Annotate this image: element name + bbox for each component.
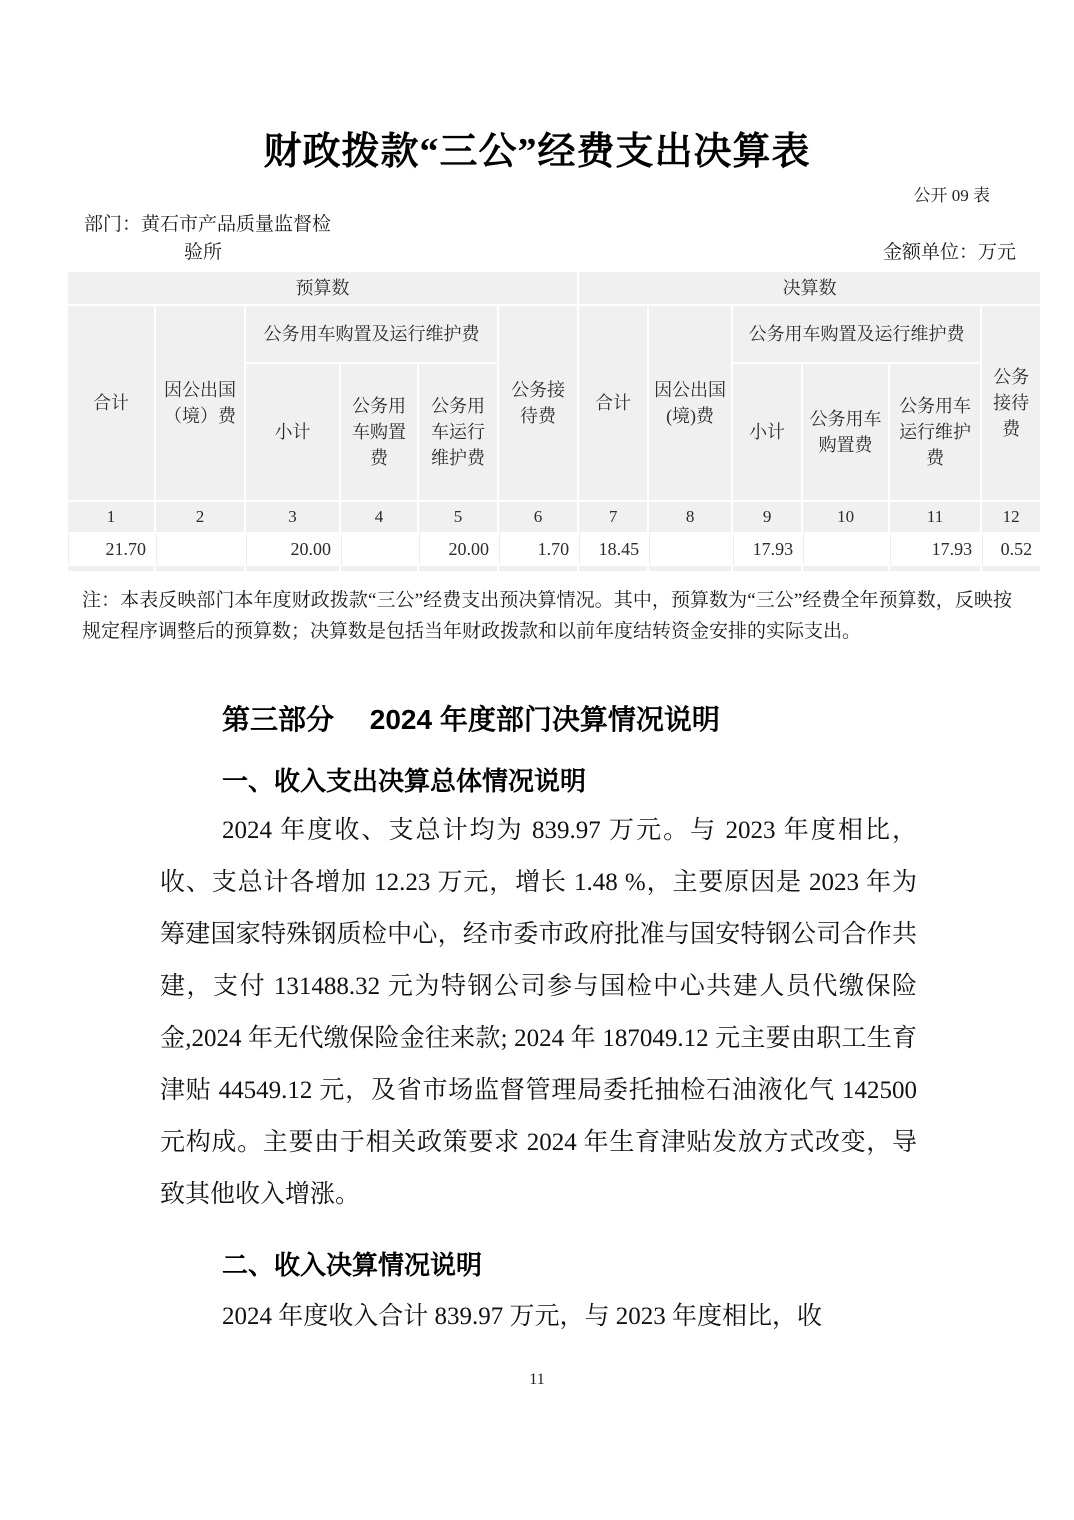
value-cell-budget-abroad: [156, 534, 244, 564]
value-cell-final-purchase: [803, 534, 888, 564]
column-number: 8: [649, 502, 731, 532]
value-cell-final-abroad: [649, 534, 731, 564]
budget-purchase-header: 公务用车购置费: [341, 364, 417, 500]
value-cell-final-subtotal: 17.93: [733, 534, 801, 564]
column-number: 9: [733, 502, 801, 532]
column-number: 1: [68, 502, 154, 532]
budget-subtotal-header: 小计: [246, 364, 339, 500]
budget-reception-header: 公务接待费: [499, 306, 577, 500]
three-public-expenses-table: 预算数 决算数 合计 因公出国（境）费 公务用车购置及运行维护费 公务接待费 合…: [66, 270, 1042, 573]
value-cell-budget-maintenance: 20.00: [419, 534, 497, 564]
part3-heading: 第三部分 2024 年度部门决算情况说明: [222, 703, 1074, 737]
final-subtotal-header: 小计: [733, 364, 801, 500]
budget-total-header: 合计: [68, 306, 154, 500]
final-abroad-header: 因公出国(境)费: [649, 306, 731, 500]
value-cell-budget-total: 21.70: [68, 534, 154, 564]
budget-vehicle-group-header: 公务用车购置及运行维护费: [246, 306, 497, 362]
budget-abroad-header: 因公出国（境）费: [156, 306, 244, 500]
value-row: 21.70 20.00 20.00 1.70 18.45 17.93 17.93…: [68, 534, 1040, 564]
final-maintenance-header: 公务用车运行维护费: [890, 364, 980, 500]
final-purchase-header: 公务用车购置费: [803, 364, 888, 500]
column-number: 3: [246, 502, 339, 532]
value-cell-budget-reception: 1.70: [499, 534, 577, 564]
column-number-row: 1 2 3 4 5 6 7 8 9 10 11 12: [68, 502, 1040, 532]
table-note: 注：本表反映部门本年度财政拨款“三公”经费支出预决算情况。其中，预算数为“三公”…: [82, 585, 1012, 647]
column-number: 12: [982, 502, 1040, 532]
paragraph-1: 2024 年度收、支总计均为 839.97 万元。与 2023 年度相比，收、支…: [160, 805, 917, 1221]
budget-group-header: 预算数: [68, 272, 577, 304]
paragraph-2: 2024 年度收入合计 839.97 万元，与 2023 年度相比，收: [160, 1291, 917, 1343]
column-number: 2: [156, 502, 244, 532]
column-number: 4: [341, 502, 417, 532]
value-cell-budget-purchase: [341, 534, 417, 564]
meta-row: 验所 金额单位：万元: [184, 240, 1016, 266]
page-number: 11: [0, 1371, 1074, 1389]
value-cell-final-maintenance: 17.93: [890, 534, 980, 564]
value-cell-budget-subtotal: 20.00: [246, 534, 339, 564]
budget-maintenance-header: 公务用车运行维护费: [419, 364, 497, 500]
unit-label: 金额单位：万元: [883, 240, 1016, 266]
department-label: 部门：黄石市产品质量监督检: [84, 212, 1074, 238]
table-bottom-strip: [68, 566, 1040, 571]
section-heading-2: 二、收入决算情况说明: [222, 1249, 1074, 1281]
table-header-row-2: 合计 因公出国（境）费 公务用车购置及运行维护费 公务接待费 合计 因公出国(境…: [68, 306, 1040, 362]
value-cell-final-total: 18.45: [579, 534, 647, 564]
table-group-header-row: 预算数 决算数: [68, 272, 1040, 304]
section-heading-1: 一、收入支出决算总体情况说明: [222, 765, 1074, 797]
document-title: 财政拨款“三公”经费支出决算表: [0, 130, 1074, 174]
value-cell-final-reception: 0.52: [982, 534, 1040, 564]
column-number: 11: [890, 502, 980, 532]
column-number: 10: [803, 502, 888, 532]
table-code-label: 公开 09 表: [0, 186, 990, 206]
final-reception-header: 公务接待费: [982, 306, 1040, 500]
column-number: 6: [499, 502, 577, 532]
column-number: 5: [419, 502, 497, 532]
document-page: 财政拨款“三公”经费支出决算表 公开 09 表 部门：黄石市产品质量监督检 验所…: [0, 0, 1074, 1520]
column-number: 7: [579, 502, 647, 532]
final-group-header: 决算数: [579, 272, 1040, 304]
final-vehicle-group-header: 公务用车购置及运行维护费: [733, 306, 980, 362]
final-total-header: 合计: [579, 306, 647, 500]
department-label-wrap: 验所: [184, 240, 222, 266]
